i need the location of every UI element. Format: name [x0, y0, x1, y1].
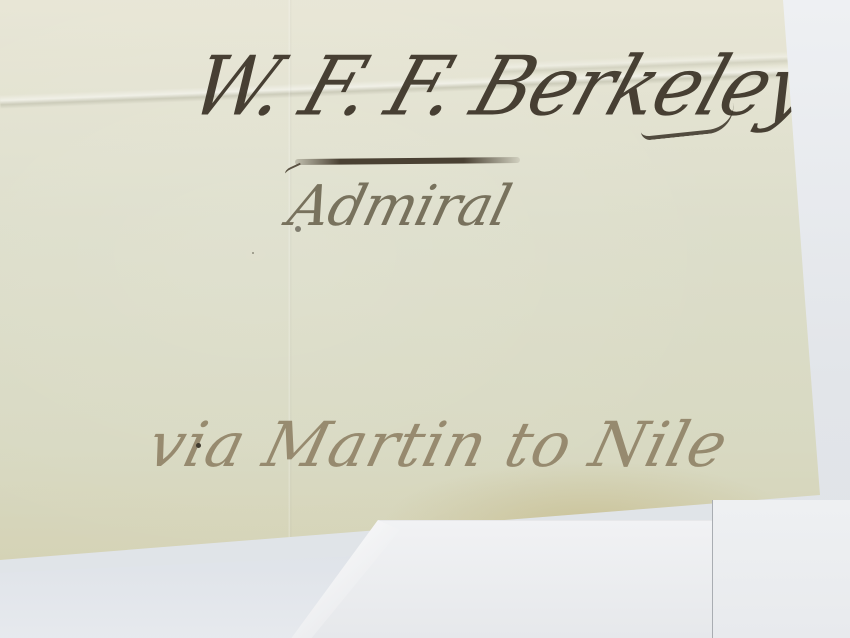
ink-dot [196, 443, 201, 448]
white-envelope-right [712, 500, 850, 638]
signature-title: Admiral [282, 174, 517, 239]
ink-dot [295, 226, 301, 232]
route-note: via Martin to Nile [141, 408, 736, 481]
document-photo: W. F. F. Berkeley Admiral via Martin to … [0, 0, 850, 638]
signature-underline [295, 157, 520, 165]
ink-dot [252, 252, 254, 254]
